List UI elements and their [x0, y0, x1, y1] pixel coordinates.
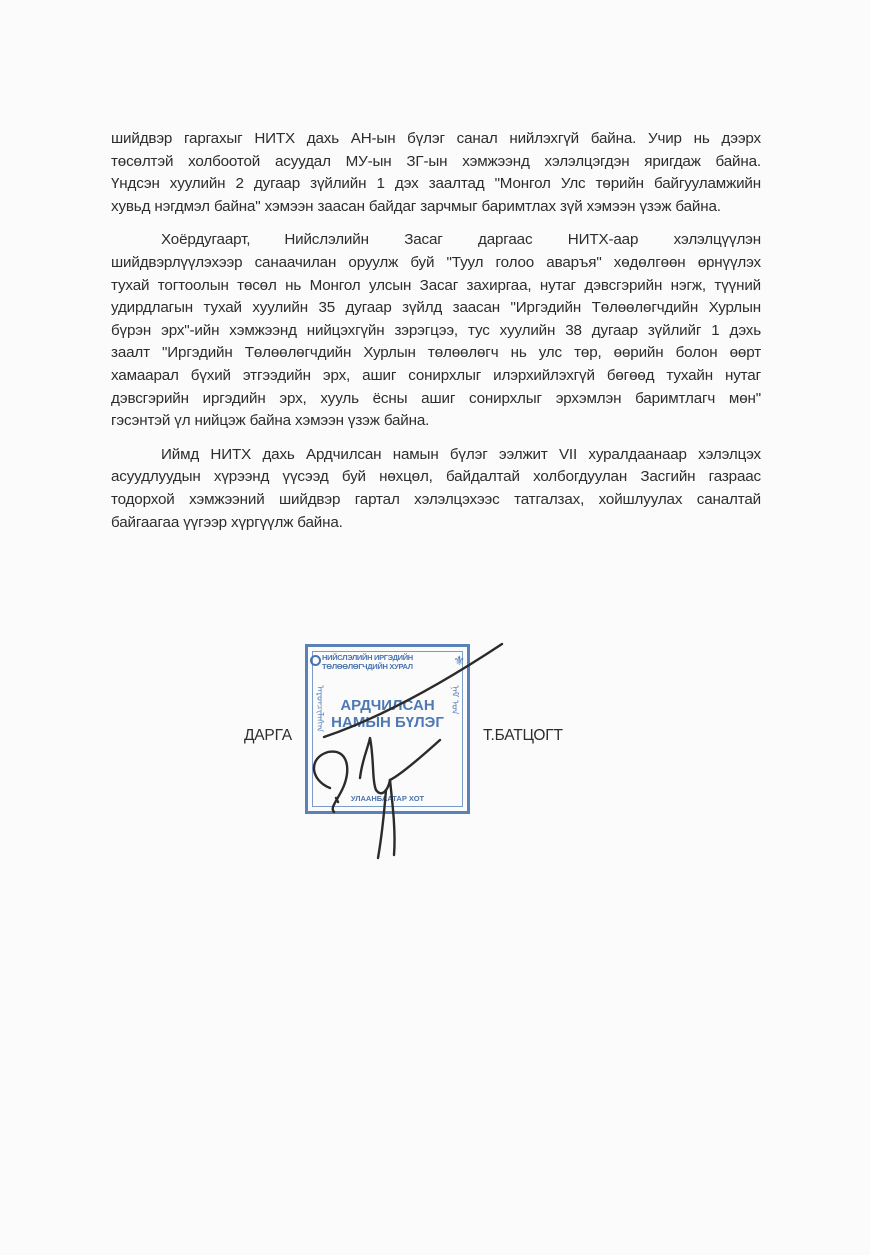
mongolian-script-left: ᠠᠷᠳᠴᠢᠯᠠᠰᠠᠨ	[314, 685, 324, 765]
text-line: тухай тогтоолын төсөл нь Монгол улсын За…	[111, 275, 761, 298]
stamp-footer: УЛААНБААТАР ХОТ	[308, 794, 467, 803]
text-line: заалт "Иргэдийн Төлөөлөгчдийн Хурлын төл…	[111, 342, 761, 365]
paragraph-3: Иймд НИТХ дахь Ардчилсан намын бүлэг ээл…	[111, 444, 761, 534]
stamp-header: НИЙСЛЭЛИЙН ИРГЭДИЙН ТӨЛӨӨЛӨГЧДИЙН ХУРАЛ	[322, 653, 461, 671]
text-line: Иймд НИТХ дахь Ардчилсан намын бүлэг ээл…	[111, 444, 761, 467]
text-line: Хоёрдугаарт,Нийслэлийн Засаг даргаас НИТ…	[111, 229, 761, 252]
text-line: дэвсгэрийн иргэдийн эрх, хууль ёсны ашиг…	[111, 388, 761, 411]
official-stamp: НИЙСЛЭЛИЙН ИРГЭДИЙН ТӨЛӨӨЛӨГЧДИЙН ХУРАЛ …	[305, 644, 470, 814]
text-line: байгаагаа үүгээр хүргүүлж байна.	[111, 512, 761, 535]
signatory-title: ДАРГА	[244, 727, 292, 745]
text-line: төсөлтэй холбоотой асуудал МУ-ын ЗГ-ын х…	[111, 151, 761, 174]
text-line: хамаарал бүхий этгээдийн эрх, ашиг сонир…	[111, 365, 761, 388]
stamp-center-line-2: НАМЫН БҮЛЭГ	[330, 714, 445, 731]
stamp-center-line-1: АРДЧИЛСАН	[330, 697, 445, 714]
stamp-header-line-1: НИЙСЛЭЛИЙН ИРГЭДИЙН	[322, 653, 461, 662]
text-line: Үндсэн хуулийн 2 дугаар зүйлийн 1 дэх за…	[111, 173, 761, 196]
signatory-name: Т.БАТЦОГТ	[483, 727, 563, 745]
text-fragment: Нийслэлийн Засаг даргаас НИТХ-аар хэлэлц…	[284, 231, 761, 248]
text-line: шийдвэр гаргахыг НИТХ дахь АН-ын бүлэг с…	[111, 128, 761, 151]
city-council-logo-icon	[310, 655, 321, 666]
document-body: шийдвэр гаргахыг НИТХ дахь АН-ын бүлэг с…	[111, 128, 761, 545]
text-line: гэсэнтэй үл нийцэж байна хэмээн үзэж бай…	[111, 410, 761, 433]
text-line: хувьд нэгдмэл байна" хэмээн заасан байда…	[111, 196, 761, 219]
paragraph-1: шийдвэр гаргахыг НИТХ дахь АН-ын бүлэг с…	[111, 128, 761, 218]
paragraph-2: Хоёрдугаарт,Нийслэлийн Засаг даргаас НИТ…	[111, 229, 761, 432]
text-line: шийдвэрлүүлэхээр санаачилан оруулж буй "…	[111, 252, 761, 275]
stamp-header-line-2: ТӨЛӨӨЛӨГЧДИЙН ХУРАЛ	[322, 662, 461, 671]
text-line: бүрэн эрх"-ийн хэмжээнд нийцэхгүйн зэрэг…	[111, 320, 761, 343]
text-line: асуудлуудын хүрээнд үүсээд буй нөхцөл, б…	[111, 466, 761, 489]
mongolian-script-right: ᠨᠠᠮ ᠤᠨ	[449, 685, 459, 765]
state-emblem-icon: ⚜	[453, 653, 465, 669]
text-line: удирдлагын тухай хуулийн 35 дугаар зүйлд…	[111, 297, 761, 320]
stamp-center-text: АРДЧИЛСАН НАМЫН БҮЛЭГ	[330, 697, 445, 731]
text-line: тодорхой хэмжээний шийдвэр гартал хэлэлц…	[111, 489, 761, 512]
paragraph-lead: Хоёрдугаарт,	[161, 231, 250, 248]
